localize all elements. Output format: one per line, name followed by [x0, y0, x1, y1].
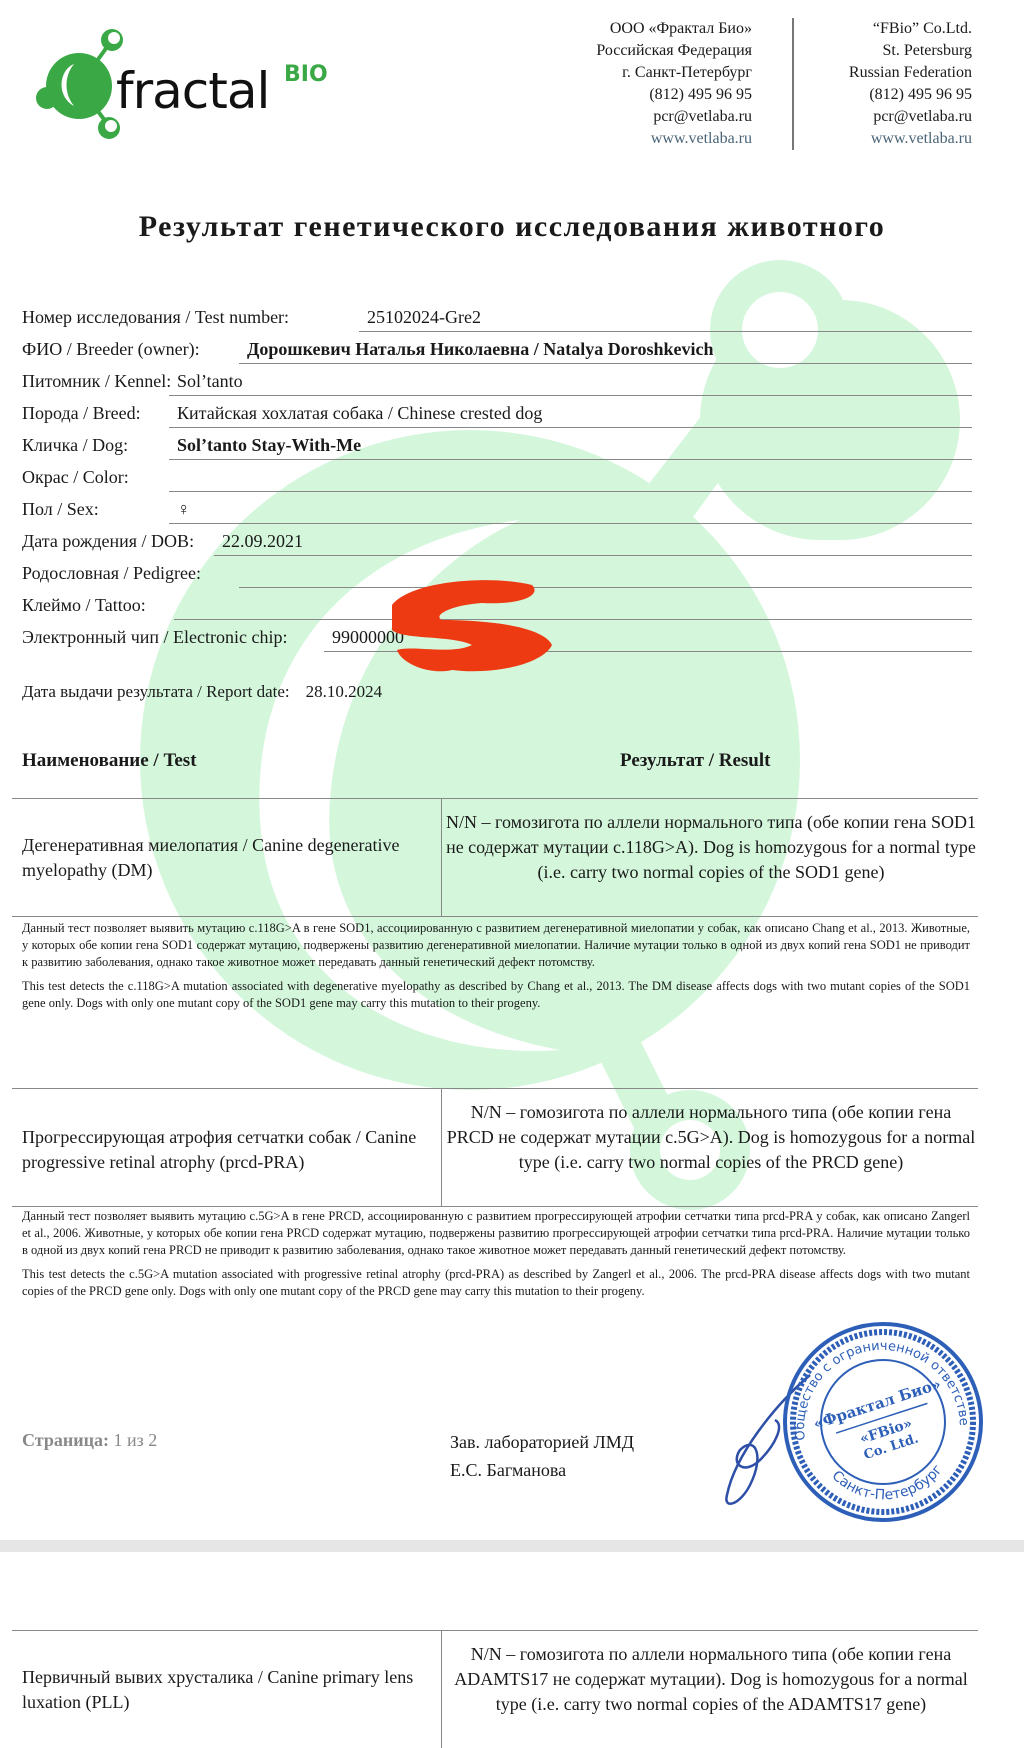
- logo-suffix: BIO: [284, 62, 328, 87]
- column-divider: [441, 798, 442, 916]
- form-field: Пол / Sex:♀: [22, 494, 972, 524]
- company-address-en: “FBio” Co.Ltd. St. Petersburg Russian Fe…: [849, 18, 972, 150]
- form-field: Кличка / Dog:Sol’tanto Stay-With-Me: [22, 430, 972, 460]
- page-label: Страница:: [22, 1430, 109, 1450]
- signer-block: Зав. лабораторией ЛМД Е.С. Багманова: [450, 1428, 634, 1484]
- email-en[interactable]: pcr@vetlaba.ru: [849, 106, 972, 128]
- company-stamp: Общество с ограниченной ответственностью…: [775, 1320, 990, 1525]
- field-value: Sol’tanto Stay-With-Me: [177, 435, 361, 456]
- website-ru[interactable]: www.vetlaba.ru: [596, 128, 752, 150]
- table-rule: [12, 1630, 978, 1631]
- city-ru: г. Санкт-Петербург: [596, 62, 752, 84]
- field-underline: [169, 395, 972, 396]
- field-underline: [239, 363, 972, 364]
- table-rule: [12, 798, 978, 799]
- test-note-dm: Данный тест позволяет выявить мутацию c.…: [22, 920, 970, 1019]
- fractal-bio-logo: fractal BIO: [34, 28, 334, 143]
- website-en[interactable]: www.vetlaba.ru: [849, 128, 972, 150]
- company-name-en: “FBio” Co.Ltd.: [849, 18, 972, 40]
- field-value: Китайская хохлатая собака / Chinese cres…: [177, 403, 542, 424]
- phone-ru: (812) 495 96 95: [596, 84, 752, 106]
- redaction-mark: [372, 575, 572, 685]
- signer-title: Зав. лабораторией ЛМД: [450, 1428, 634, 1456]
- column-divider: [441, 1088, 442, 1206]
- country-en: Russian Federation: [849, 62, 972, 84]
- field-value: ♀: [177, 499, 191, 520]
- page-value: 1 из 2: [113, 1430, 157, 1450]
- document-title: Результат генетического исследования жив…: [0, 210, 1024, 244]
- signer-name: Е.С. Багманова: [450, 1456, 634, 1484]
- page-separator: [0, 1540, 1024, 1552]
- test-result-dm: N/N – гомозигота по аллели нормального т…: [446, 810, 976, 885]
- report-date: Дата выдачи результата / Report date:28.…: [22, 682, 398, 702]
- field-underline: [214, 555, 972, 556]
- field-label: Электронный чип / Electronic chip:: [22, 627, 287, 648]
- note-ru: Данный тест позволяет выявить мутацию c.…: [22, 920, 970, 971]
- note-en: This test detects the c.5G>A mutation as…: [22, 1266, 970, 1300]
- logo-wordmark: fractal: [116, 62, 269, 120]
- field-value: 25102024-Gre2: [367, 307, 481, 328]
- field-label: Клеймо / Tattoo:: [22, 595, 146, 616]
- report-date-value: 28.10.2024: [306, 682, 383, 701]
- field-label: Окрас / Color:: [22, 467, 129, 488]
- test-result-prcd-pra: N/N – гомозигота по аллели нормального т…: [446, 1100, 976, 1175]
- field-value: Sol’tanto: [177, 371, 243, 392]
- field-label: Номер исследования / Test number:: [22, 307, 289, 328]
- test-name-prcd-pra: Прогрессирующая атрофия сетчатки собак /…: [22, 1125, 432, 1175]
- field-underline: [169, 459, 972, 460]
- phone-en: (812) 495 96 95: [849, 84, 972, 106]
- report-date-label: Дата выдачи результата / Report date:: [22, 682, 290, 701]
- molecule-icon: [34, 28, 124, 143]
- field-label: Пол / Sex:: [22, 499, 99, 520]
- field-label: ФИО / Breeder (owner):: [22, 339, 200, 360]
- field-label: Порода / Breed:: [22, 403, 141, 424]
- form-field: Порода / Breed:Китайская хохлатая собака…: [22, 398, 972, 428]
- company-name-ru: ООО «Фрактал Био»: [596, 18, 752, 40]
- email-ru[interactable]: pcr@vetlaba.ru: [596, 106, 752, 128]
- test-name-dm: Дегенеративная миелопатия / Canine degen…: [22, 833, 432, 883]
- column-divider: [441, 1630, 442, 1748]
- field-value: 22.09.2021: [222, 531, 303, 552]
- table-rule: [12, 916, 978, 917]
- field-underline: [359, 331, 972, 332]
- company-address-ru: ООО «Фрактал Био» Российская Федерация г…: [596, 18, 752, 150]
- field-label: Питомник / Kennel:: [22, 371, 171, 392]
- note-ru: Данный тест позволяет выявить мутацию c.…: [22, 1208, 970, 1259]
- note-en: This test detects the c.118G>A mutation …: [22, 978, 970, 1012]
- test-result-pll: N/N – гомозигота по аллели нормального т…: [446, 1642, 976, 1717]
- field-label: Родословная / Pedigree:: [22, 563, 201, 584]
- field-underline: [169, 523, 972, 524]
- column-header-result: Результат / Result: [620, 750, 770, 772]
- table-rule: [12, 1088, 978, 1089]
- field-underline: [169, 427, 972, 428]
- field-value: Дорошкевич Наталья Николаевна / Natalya …: [247, 339, 713, 360]
- field-underline: [174, 619, 972, 620]
- field-underline: [239, 587, 972, 588]
- form-field: Питомник / Kennel:Sol’tanto: [22, 366, 972, 396]
- city-en: St. Petersburg: [849, 40, 972, 62]
- country-ru: Российская Федерация: [596, 40, 752, 62]
- form-field: ФИО / Breeder (owner):Дорошкевич Наталья…: [22, 334, 972, 364]
- field-label: Дата рождения / DOB:: [22, 531, 194, 552]
- table-rule: [12, 1206, 978, 1207]
- field-underline: [169, 491, 972, 492]
- test-name-pll: Первичный вывих хрусталика / Canine prim…: [22, 1665, 432, 1715]
- header-divider: [792, 18, 794, 150]
- form-field: Окрас / Color:: [22, 462, 972, 492]
- page-number: Страница: 1 из 2: [22, 1430, 157, 1451]
- form-field: Дата рождения / DOB:22.09.2021: [22, 526, 972, 556]
- test-note-prcd-pra: Данный тест позволяет выявить мутацию c.…: [22, 1208, 970, 1307]
- form-field: Номер исследования / Test number:2510202…: [22, 302, 972, 332]
- column-header-test: Наименование / Test: [22, 750, 197, 772]
- field-label: Кличка / Dog:: [22, 435, 128, 456]
